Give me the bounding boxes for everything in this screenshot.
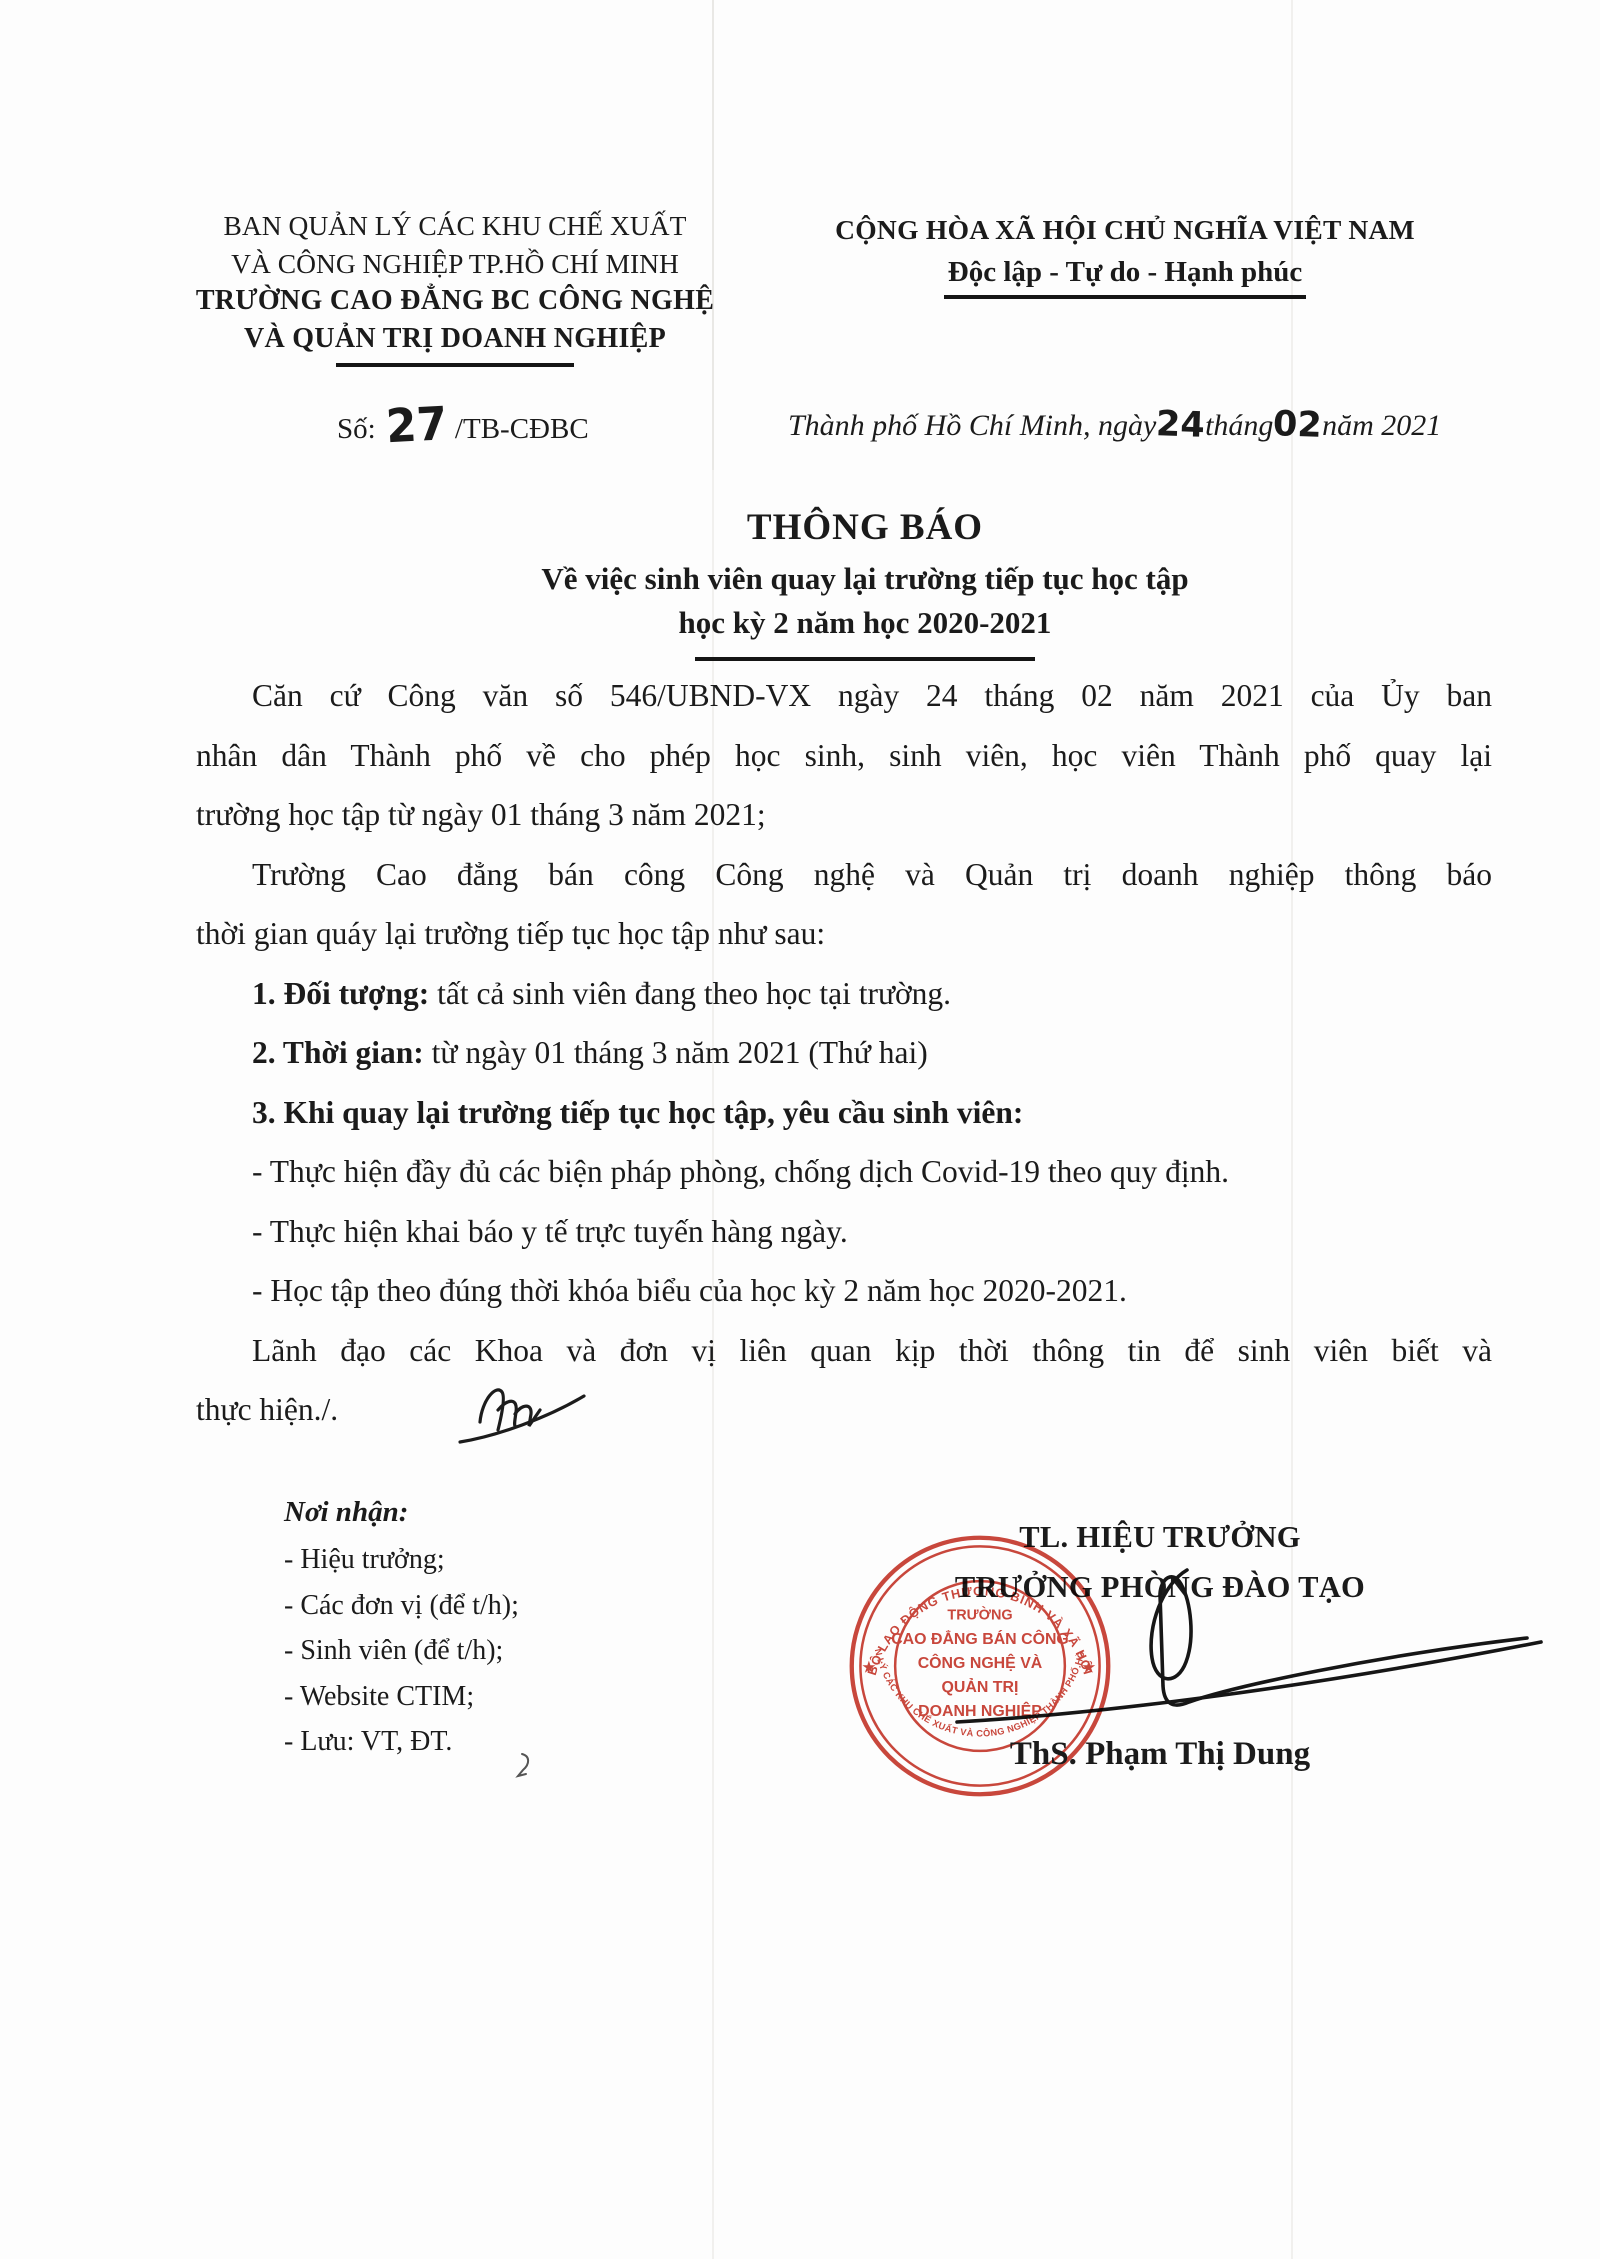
svg-text:QUẢN TRỊ: QUẢN TRỊ [942,1677,1019,1696]
document-subtitle-line2: học kỳ 2 năm học 2020-2021 [210,601,1520,645]
national-header-block: CỘNG HÒA XÃ HỘI CHỦ NGHĨA VIỆT NAM Độc l… [795,214,1455,299]
body-line: 2. Thời gian: từ ngày 01 tháng 3 năm 202… [196,1023,1492,1083]
body-segment-bold: 3. Khi quay lại trường tiếp tục học tập,… [252,1095,1023,1130]
issuing-org-block: BAN QUẢN LÝ CÁC KHU CHẾ XUẤT VÀ CÔNG NGH… [185,207,725,367]
stamp-star-right: ★ [1082,1660,1095,1676]
body-segment: - Học tập theo đúng thời khóa biểu của h… [252,1273,1127,1308]
body-line: nhân dân Thành phố về cho phép học sinh,… [196,726,1492,786]
body-segment: Lãnh đạo các Khoa và đơn vị liên quan kị… [252,1333,1492,1368]
org-underline [336,363,574,367]
svg-text:CAO ĐẲNG BÁN CÔNG: CAO ĐẲNG BÁN CÔNG [891,1629,1069,1648]
org-parent-line1: BAN QUẢN LÝ CÁC KHU CHẾ XUẤT [185,207,725,245]
body-line: Trường Cao đẳng bán công Công nghệ và Qu… [196,845,1492,905]
body-segment: nhân dân Thành phố về cho phép học sinh,… [196,738,1492,773]
body-segment: trường học tập từ ngày 01 tháng 3 năm 20… [196,797,766,832]
date-month-handwritten: 02 [1273,404,1323,446]
body-line: 1. Đối tượng: tất cả sinh viên đang theo… [196,964,1492,1024]
document-title: THÔNG BÁO [210,506,1520,549]
country-title: CỘNG HÒA XÃ HỘI CHỦ NGHĨA VIỆT NAM [795,214,1455,246]
body-segment: - Thực hiện khai báo y tế trực tuyến hàn… [252,1214,848,1249]
recipient-item: - Hiệu trưởng; [284,1537,519,1583]
org-parent-line2: VÀ CÔNG NGHIỆP TP.HỒ CHÍ MINH [185,245,725,283]
doc-number-suffix: /TB-CĐBC [455,413,589,445]
body-line: thực hiện./. [196,1380,1492,1440]
stamp-center-text: TRƯỜNGCAO ĐẲNG BÁN CÔNGCÔNG NGHỆ VÀQUẢN … [891,1606,1069,1720]
body-line: Lãnh đạo các Khoa và đơn vị liên quan kị… [196,1321,1492,1381]
svg-text:CÔNG NGHỆ VÀ: CÔNG NGHỆ VÀ [918,1653,1043,1672]
handwritten-initials [452,1370,592,1455]
body-segment: thời gian quáy lại trường tiếp tục học t… [196,916,825,951]
stamp-star-left: ★ [862,1660,875,1676]
body-segment: tất cả sinh viên đang theo học tại trườn… [429,976,951,1011]
body-segment: - Thực hiện đầy đủ các biện pháp phòng, … [252,1154,1229,1189]
recipients-block: Nơi nhận: - Hiệu trưởng;- Các đơn vị (để… [284,1496,519,1765]
pen-scribble-mark [510,1748,540,1784]
date-day-handwritten: 24 [1156,404,1206,446]
body-line: Căn cứ Công văn số 546/UBND-VX ngày 24 t… [196,666,1492,726]
body-segment: từ ngày 01 tháng 3 năm 2021 (Thứ hai) [424,1035,928,1070]
body-segment-bold: 1. Đối tượng: [252,976,429,1011]
body-segment: thực hiện./. [196,1392,338,1427]
recipient-item: - Lưu: VT, ĐT. [284,1719,519,1765]
svg-text:DOANH NGHIỆP: DOANH NGHIỆP [918,1701,1042,1720]
doc-number-label: Số: [337,413,376,445]
org-name-line1: TRƯỜNG CAO ĐẲNG BC CÔNG NGHỆ [185,282,725,320]
document-number: Số:27/TB-CĐBC [337,398,589,449]
body-text: Căn cứ Công văn số 546/UBND-VX ngày 24 t… [196,666,1492,1440]
document-page: BAN QUẢN LÝ CÁC KHU CHẾ XUẤT VÀ CÔNG NGH… [0,0,1600,2259]
body-line: trường học tập từ ngày 01 tháng 3 năm 20… [196,785,1492,845]
recipient-item: - Website CTIM; [284,1674,519,1720]
body-line: - Học tập theo đúng thời khóa biểu của h… [196,1261,1492,1321]
recipient-item: - Các đơn vị (để t/h); [284,1583,519,1629]
recipients-list: - Hiệu trưởng;- Các đơn vị (để t/h);- Si… [284,1537,519,1765]
body-segment-bold: 2. Thời gian: [252,1035,424,1070]
org-name-line2: VÀ QUẢN TRỊ DOANH NGHIỆP [185,320,725,358]
svg-text:TRƯỜNG: TRƯỜNG [947,1606,1012,1624]
body-line: thời gian quáy lại trường tiếp tục học t… [196,904,1492,964]
date-prefix: Thành phố Hồ Chí Minh, ngày [788,409,1156,442]
document-subtitle-line1: Về việc sinh viên quay lại trường tiếp t… [210,557,1520,601]
place-date-line: Thành phố Hồ Chí Minh, ngày24tháng02năm … [788,404,1508,444]
doc-number-handwritten: 27 [384,397,448,454]
body-line: - Thực hiện khai báo y tế trực tuyến hàn… [196,1202,1492,1262]
date-suffix: năm 2021 [1322,409,1441,442]
date-mid: tháng [1205,409,1273,442]
body-line: - Thực hiện đầy đủ các biện pháp phòng, … [196,1142,1492,1202]
national-motto: Độc lập - Tự do - Hạnh phúc [795,256,1455,289]
body-segment: Căn cứ Công văn số 546/UBND-VX ngày 24 t… [252,678,1492,713]
body-segment: Trường Cao đẳng bán công Công nghệ và Qu… [252,857,1492,892]
signer-name: ThS. Phạm Thị Dung [850,1736,1470,1773]
recipients-label: Nơi nhận: [284,1496,519,1529]
title-underline [695,657,1035,661]
recipient-item: - Sinh viên (để t/h); [284,1628,519,1674]
motto-underline [944,295,1306,299]
title-block: THÔNG BÁO Về việc sinh viên quay lại trư… [210,506,1520,661]
body-line: 3. Khi quay lại trường tiếp tục học tập,… [196,1083,1492,1143]
